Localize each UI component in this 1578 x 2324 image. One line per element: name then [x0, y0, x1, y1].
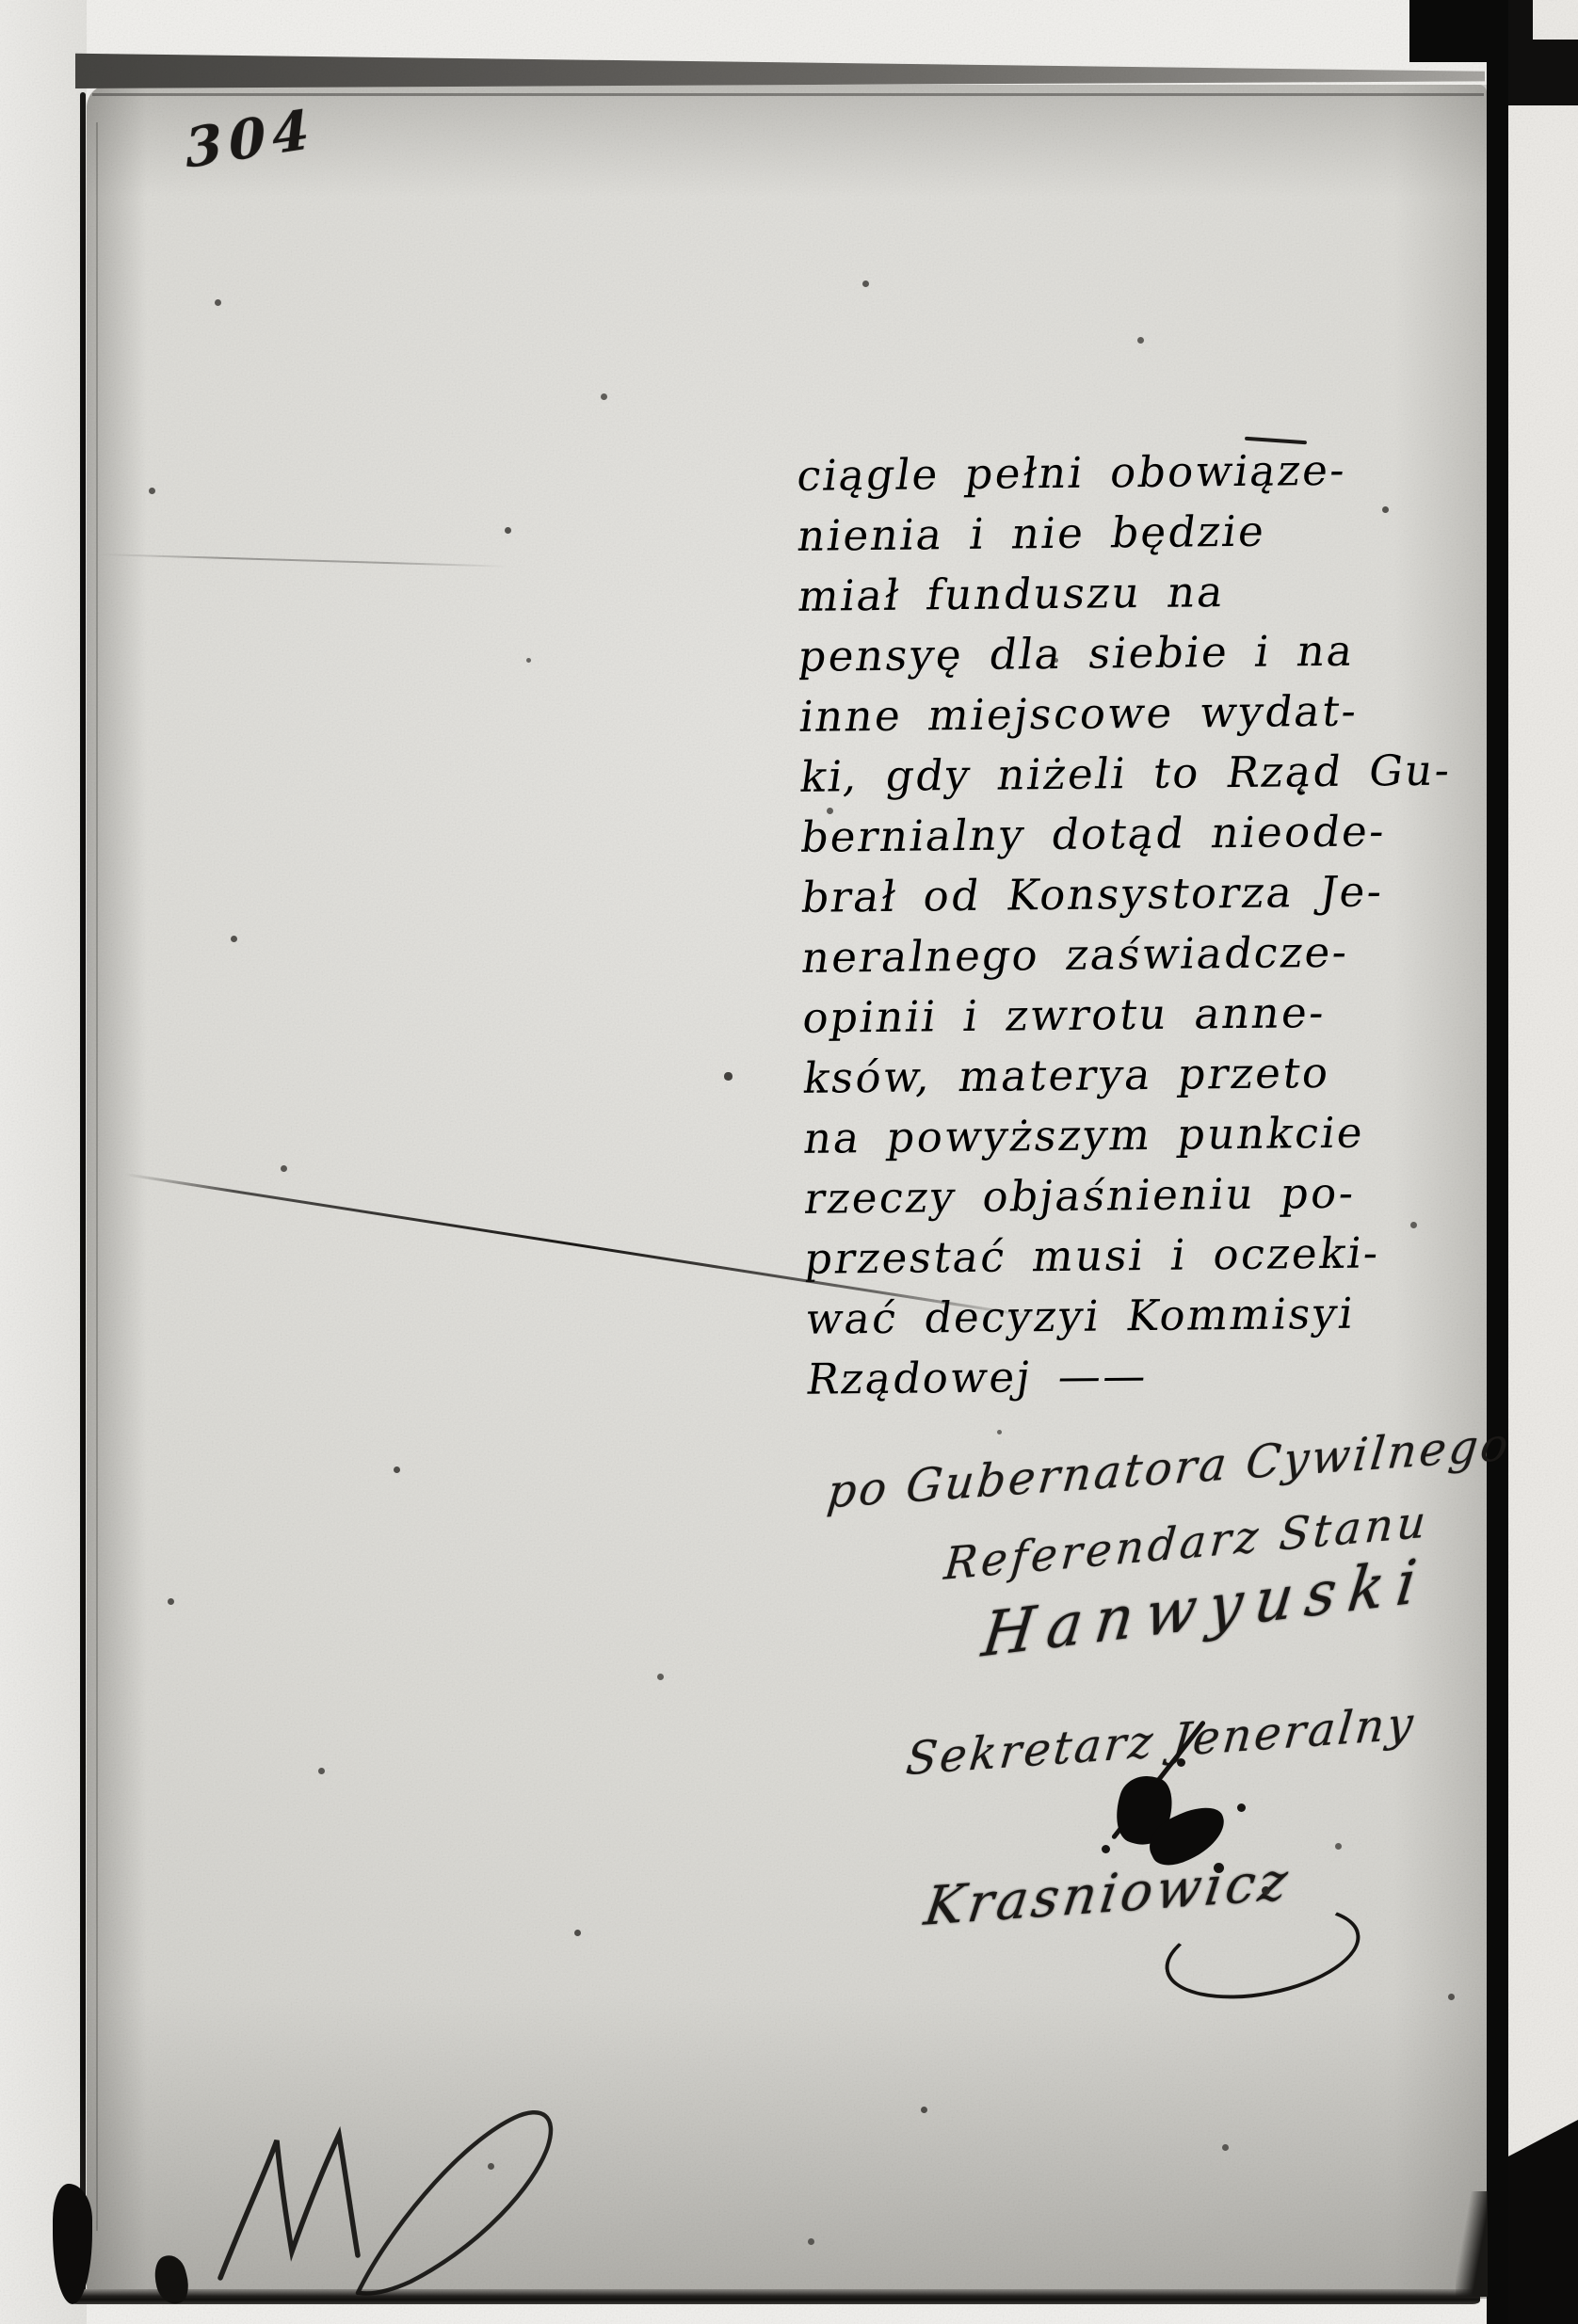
manuscript-line: neralnego zaświadcze- — [798, 921, 1491, 988]
ink-splatter-dots — [0, 0, 5, 5]
book-gutter — [1487, 0, 1508, 2324]
pen-trial-loop — [358, 2112, 551, 2293]
manuscript-line: bernialny dotąd nieode- — [797, 800, 1490, 868]
page-top-edge — [75, 53, 1485, 88]
archival-scan: 304 ciągle pełni obowiąze- nienia i nie … — [0, 0, 1578, 2324]
pen-trial-m — [220, 2135, 358, 2278]
manuscript-line: wać decyzyi Kommisyi — [802, 1282, 1492, 1350]
manuscript-line: nienia i nie będzie — [797, 499, 1488, 567]
manuscript-line: ksów, materya przeto — [799, 1041, 1492, 1109]
pen-trial-marks — [209, 2092, 623, 2322]
manuscript-line: na powyższym punkcie — [800, 1101, 1492, 1169]
facing-page-notch — [1508, 40, 1578, 105]
manuscript-line: inne miejscowe wydat- — [797, 680, 1489, 747]
manuscript-line: Rządowej —— — [802, 1342, 1491, 1410]
facing-page-edge — [1508, 0, 1578, 2324]
book-gutter-top-gap — [1409, 0, 1508, 62]
page-top-edge-line — [92, 93, 1484, 96]
facing-page-top-shadow — [1508, 0, 1533, 43]
manuscript-line: brał od Konsystorza Je- — [797, 860, 1490, 928]
manuscript-line: przestać musi i oczeki- — [801, 1222, 1492, 1290]
left-margin-background — [0, 0, 87, 2324]
manuscript-line: opinii i zwrotu anne- — [798, 981, 1491, 1049]
manuscript-text-block: ciągle pełni obowiąze- nienia i nie będz… — [797, 439, 1492, 1425]
manuscript-line: pensyę dla siebie i na — [797, 619, 1489, 687]
manuscript-line: ki, gdy niżeli to Rząd Gu- — [797, 740, 1489, 808]
page-left-fold-shadow — [96, 122, 98, 2231]
manuscript-line: rzeczy objaśnieniu po- — [800, 1162, 1491, 1229]
page-left-fold-line — [80, 92, 86, 2295]
bottom-right-shadow — [1456, 2191, 1488, 2297]
manuscript-line: ciągle pełni obowiąze- — [797, 439, 1487, 506]
manuscript-line: miał funduszu na — [797, 559, 1488, 627]
